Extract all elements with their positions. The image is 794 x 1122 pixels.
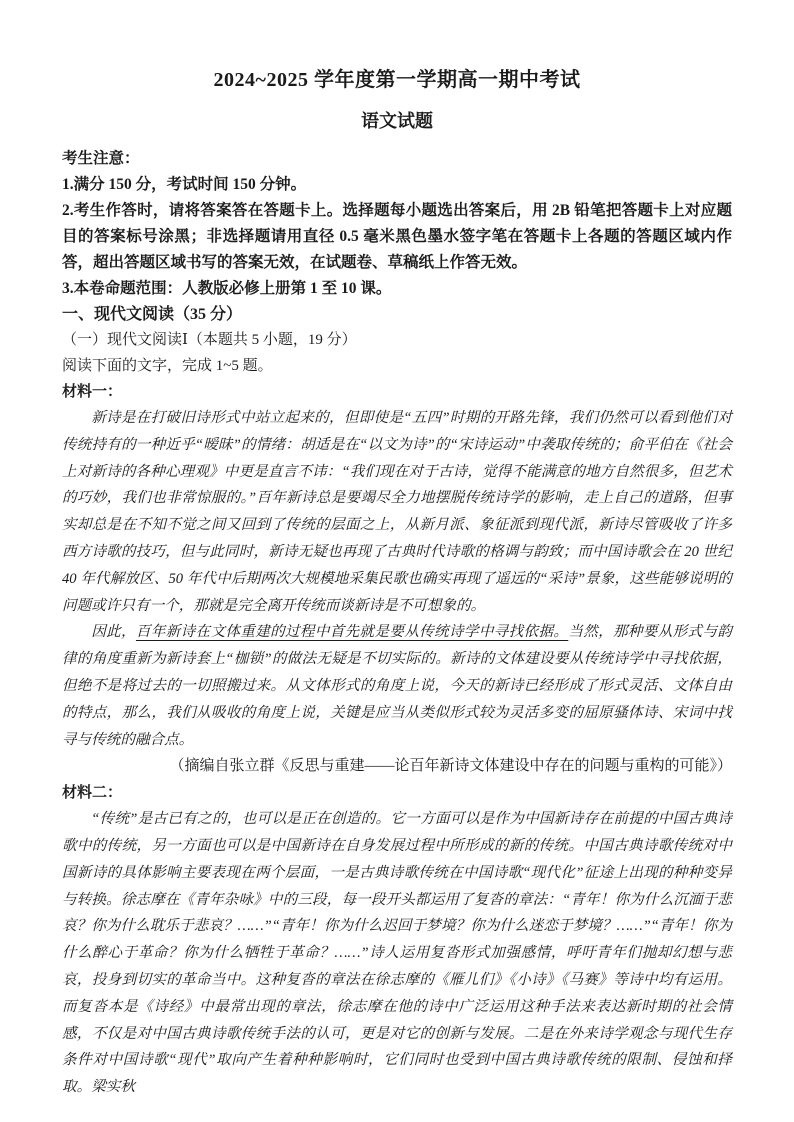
notice-item-1: 1.满分 150 分，考试时间 150 分钟。: [62, 172, 732, 198]
paper-subject-title: 语文试题: [62, 108, 732, 134]
notice-item-3: 3.本卷命题范围：人教版必修上册第 1 至 10 课。: [62, 276, 732, 302]
material-one-paragraph-2: 因此，百年新诗在文体重建的过程中首先就是要从传统诗学中寻找依据。当然，那种要从形…: [62, 619, 732, 753]
section-heading-modern-text-reading: 一、现代文阅读（35 分）: [62, 302, 732, 327]
candidate-notice: 考生注意： 1.满分 150 分，考试时间 150 分钟。 2.考生作答时，请将…: [62, 146, 732, 302]
material-two-paragraph-1: “传统”是古已有之的，也可以是正在创造的。它一方面可以是作为中国新诗存在前提的中…: [62, 806, 732, 1101]
material-one-source-attribution: （摘编自张立群《反思与重建——论百年新诗文体建设中存在的问题与重构的可能》）: [62, 753, 732, 780]
material-one-body: 新诗是在打破旧诗形式中站立起来的，但即使是“五四”时期的开路先锋，我们仍然可以看…: [62, 405, 732, 780]
material-two-body: “传统”是古已有之的，也可以是正在创造的。它一方面可以是作为中国新诗存在前提的中…: [62, 806, 732, 1101]
reading-instruction: 阅读下面的文字，完成 1~5 题。: [62, 353, 732, 379]
material-one-paragraph-2-rest: 当然，那种要从形式与韵律的角度重新为新诗套上“枷锁”的做法无疑是不切实际的。新诗…: [62, 624, 732, 747]
notice-label: 考生注意：: [62, 146, 732, 172]
material-one-paragraph-1: 新诗是在打破旧诗形式中站立起来的，但即使是“五四”时期的开路先锋，我们仍然可以看…: [62, 405, 732, 619]
material-one-label: 材料一：: [62, 379, 732, 405]
notice-item-2: 2.考生作答时，请将答案答在答题卡上。选择题每小题选出答案后，用 2B 铅笔把答…: [62, 198, 732, 276]
exam-paper-page: 2024~2025 学年度第一学期高一期中考试 语文试题 考生注意： 1.满分 …: [0, 0, 794, 1122]
material-two-label: 材料二：: [62, 780, 732, 806]
material-one-paragraph-2-lead: 因此，: [91, 624, 136, 640]
subsection-heading-reading-one: （一）现代文阅读Ⅰ（本题共 5 小题，19 分）: [62, 327, 732, 353]
material-one-paragraph-2-underlined-thesis: 百年新诗在文体重建的过程中首先就是要从传统诗学中寻找依据。: [136, 624, 568, 640]
exam-title: 2024~2025 学年度第一学期高一期中考试: [62, 66, 732, 94]
